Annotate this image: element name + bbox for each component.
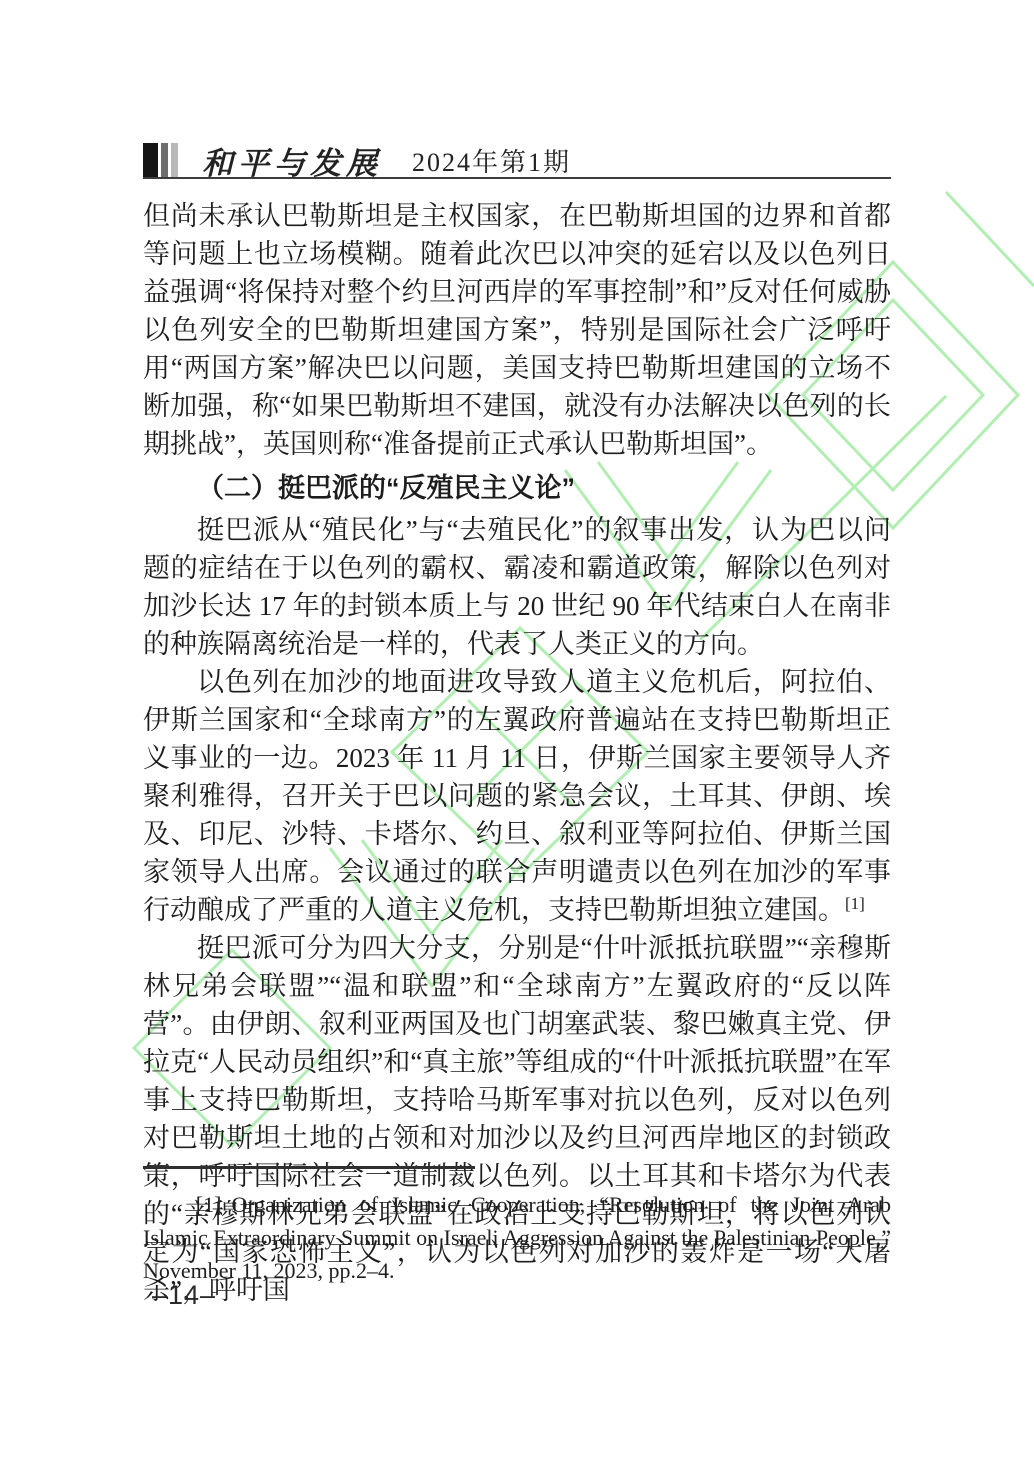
page-number: –14– (152, 1280, 216, 1311)
header-bar-black (143, 143, 158, 179)
article-body: 但尚未承认巴勒斯坦是主权国家，在巴勒斯坦国的边界和首都等问题上也立场模糊。随着此… (143, 197, 891, 1309)
footnote: [1]Organization of Islamic Cooperation, … (143, 1188, 891, 1287)
footnote-reference: [1] (845, 894, 865, 913)
paragraph-continuation: 但尚未承认巴勒斯坦是主权国家，在巴勒斯坦国的边界和首都等问题上也立场模糊。随着此… (143, 197, 891, 463)
issue-label: 2024年第1期 (412, 142, 571, 179)
document-page: 和平与发展 2024年第1期 但尚未承认巴勒斯坦是主权国家，在巴勒斯坦国的边界和… (0, 0, 1034, 1477)
footnote-marker: [1] (196, 1192, 222, 1217)
header-bar-darkgray (161, 143, 168, 179)
paragraph-3-text: 以色列在加沙的地面进攻导致人道主义危机后，阿拉伯、伊斯兰国家和“全球南方”的左翼… (143, 667, 891, 925)
header-rule (143, 177, 891, 179)
section-heading: （二）挺巴派的“反殖民主义论” (143, 469, 891, 507)
paragraph-2: 挺巴派从“殖民化”与“去殖民化”的叙事出发，认为巴以问题的症结在于以色列的霸权、… (143, 511, 891, 663)
footnote-text: Organization of Islamic Cooperation, “Re… (143, 1192, 891, 1283)
footnote-separator (143, 1166, 475, 1169)
paragraph-3: 以色列在加沙的地面进攻导致人道主义危机后，阿拉伯、伊斯兰国家和“全球南方”的左翼… (143, 663, 891, 929)
header-bar-lightgray (171, 143, 178, 179)
